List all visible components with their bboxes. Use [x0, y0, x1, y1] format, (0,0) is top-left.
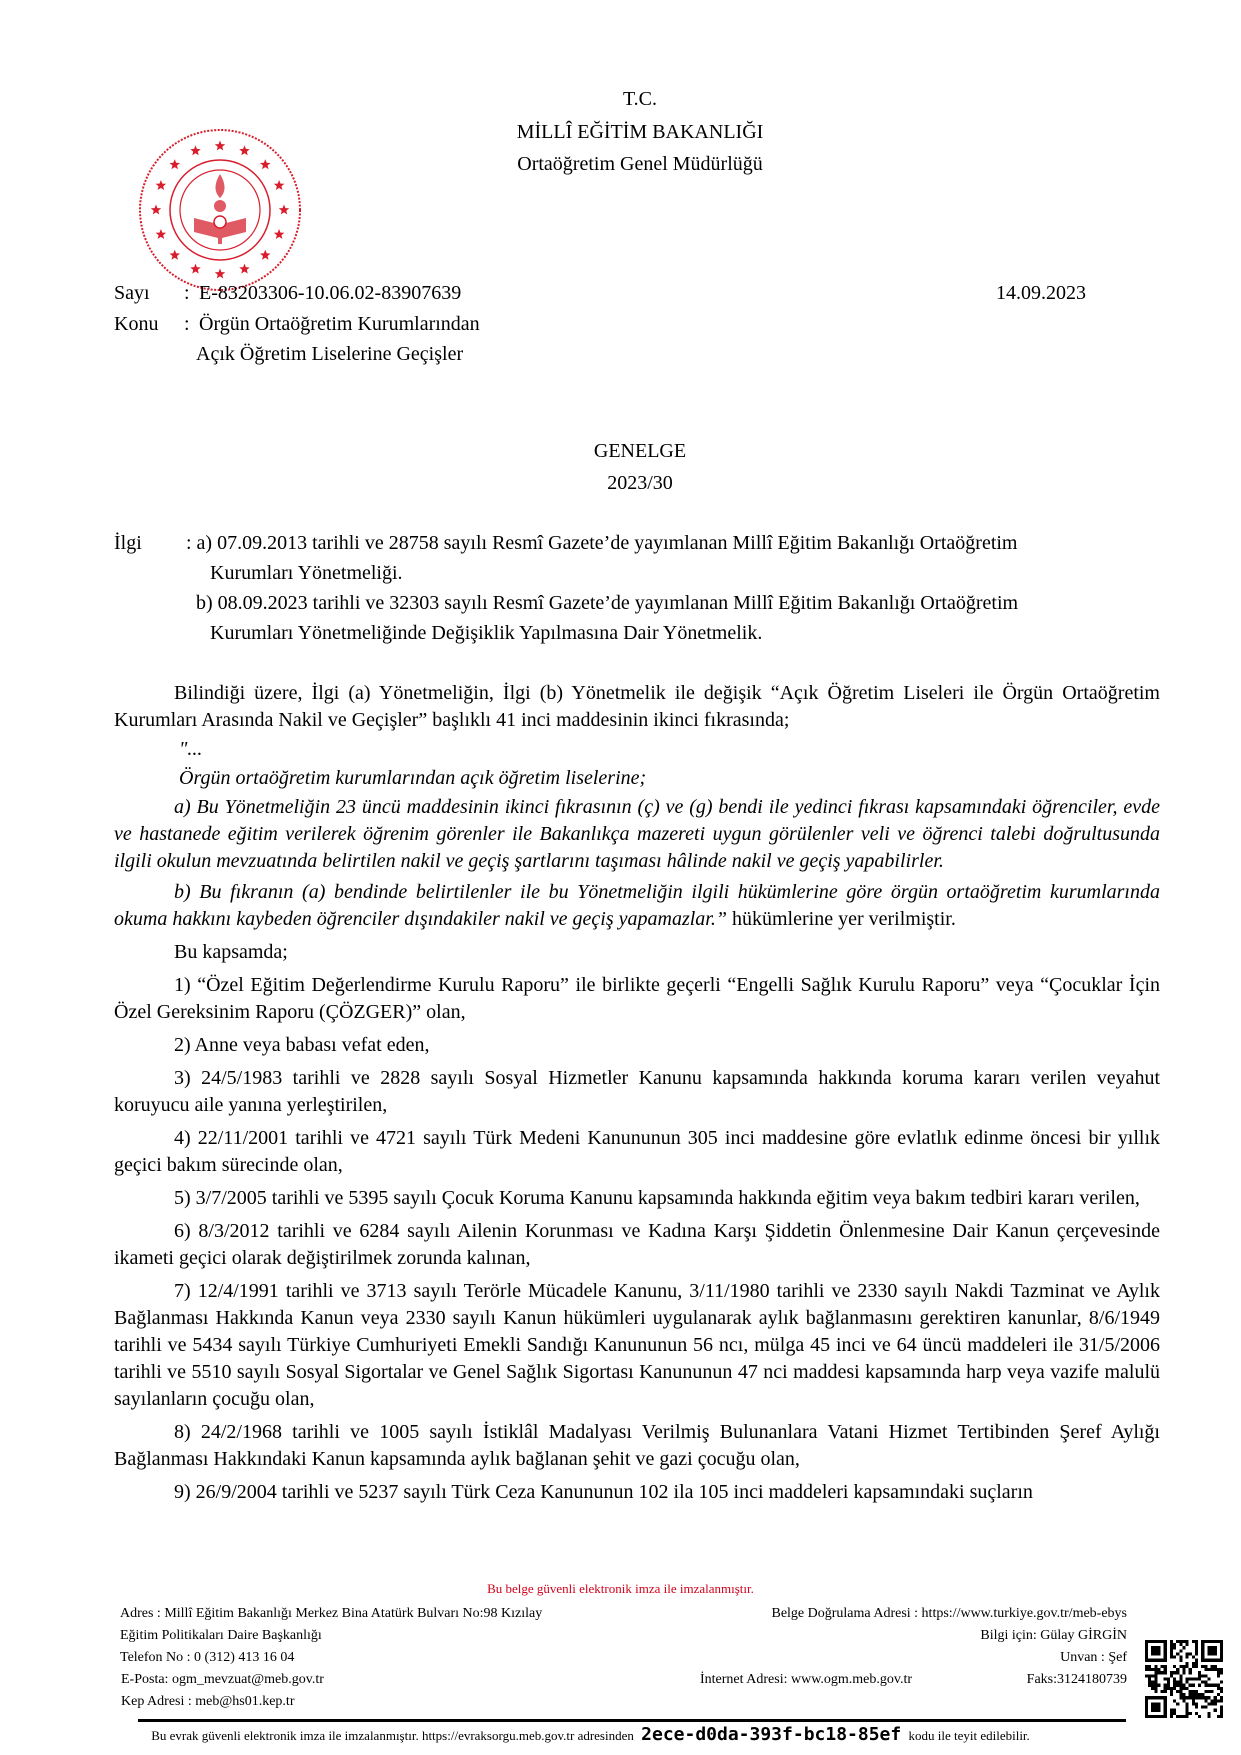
criteria-item: 1) “Özel Eğitim Değerlendirme Kurulu Rap…: [114, 972, 1160, 1026]
sayi-label: Sayı: [114, 282, 184, 305]
esign-notice: Bu belge güvenli elektronik imza ile imz…: [0, 1581, 1241, 1597]
konu-line2: Açık Öğretim Liselerine Geçişler: [196, 343, 463, 366]
verification-suffix: kodu ile teyit edilebilir.: [908, 1728, 1029, 1743]
quote-heading: Örgün ortaöğretim kurumlarından açık öğr…: [114, 765, 1160, 792]
ilgi-label: İlgi: [114, 528, 142, 558]
ilgi-section: İlgi : a) 07.09.2013 tarihli ve 28758 sa…: [114, 528, 1160, 648]
criteria-item: 3) 24/5/1983 tarihli ve 2828 sayılı Sosy…: [114, 1065, 1160, 1119]
footer-kep: Kep Adresi : meb@hs01.kep.tr: [121, 1694, 294, 1710]
header-tc: T.C.: [440, 88, 840, 111]
criteria-item: 7) 12/4/1991 tarihli ve 3713 sayılı Terö…: [114, 1278, 1160, 1413]
sayi-value: E-83203306-10.06.02-83907639: [199, 282, 461, 304]
qr-code-icon: [1145, 1640, 1223, 1718]
header-ministry: MİLLÎ EĞİTİM BAKANLIĞI: [440, 121, 840, 144]
footer-email: E-Posta: ogm_mevzuat@meb.gov.tr: [121, 1672, 324, 1688]
ilgi-a-line2: Kurumları Yönetmeliği.: [210, 558, 1186, 588]
quote-paragraph-a: a) Bu Yönetmeliğin 23 üncü maddesinin ik…: [114, 794, 1160, 875]
criteria-list: 1) “Özel Eğitim Değerlendirme Kurulu Rap…: [114, 972, 1160, 1506]
quote-open: "...: [114, 736, 1160, 763]
footer-department: Eğitim Politikaları Daire Başkanlığı: [120, 1628, 322, 1644]
footer-fax: Faks:3124180739: [900, 1672, 1127, 1688]
verification-code: 2ece-d0da-393f-bc18-85ef: [637, 1724, 905, 1745]
criteria-item: 9) 26/9/2004 tarihli ve 5237 sayılı Türk…: [114, 1479, 1160, 1506]
footer-verify-address: Belge Doğrulama Adresi : https://www.tur…: [700, 1606, 1127, 1622]
konu-row: Konu: Örgün Ortaöğretim Kurumlarından: [114, 313, 480, 336]
document-type: GENELGE: [440, 440, 840, 463]
footer-address: Adres : Millî Eğitim Bakanlığı Merkez Bi…: [120, 1606, 542, 1622]
criteria-item: 2) Anne veya babası vefat eden,: [114, 1032, 1160, 1059]
ilgi-a-line1: : a) 07.09.2013 tarihli ve 28758 sayılı …: [186, 528, 1162, 558]
meb-seal-icon: [136, 126, 304, 294]
criteria-item: 4) 22/11/2001 tarihli ve 4721 sayılı Tür…: [114, 1125, 1160, 1179]
quote-paragraph-b: b) Bu fıkranın (a) bendinde belirtilenle…: [114, 879, 1160, 933]
konu-line1: Örgün Ortaöğretim Kurumlarından: [199, 313, 480, 335]
criteria-item: 6) 8/3/2012 tarihli ve 6284 sayılı Ailen…: [114, 1218, 1160, 1272]
verification-line: Bu evrak güvenli elektronik imza ile imz…: [0, 1724, 1211, 1745]
criteria-item: 8) 24/2/1968 tarihli ve 1005 sayılı İsti…: [114, 1419, 1160, 1473]
ilgi-b-line1: b) 08.09.2023 tarihli ve 32303 sayılı Re…: [196, 588, 1172, 618]
document-number: 2023/30: [440, 472, 840, 495]
footer-divider: [138, 1719, 1126, 1722]
document-date: 14.09.2023: [960, 282, 1086, 305]
ilgi-b-line2: Kurumları Yönetmeliğinde Değişiklik Yapı…: [210, 618, 1186, 648]
quote-b-italic: b) Bu fıkranın (a) bendinde belirtilenle…: [114, 881, 1160, 930]
criteria-item: 5) 3/7/2005 tarihli ve 5395 sayılı Çocuk…: [114, 1185, 1160, 1212]
footer-info-contact: Bilgi için: Gülay GİRGİN: [700, 1628, 1127, 1644]
verification-prefix: Bu evrak güvenli elektronik imza ile imz…: [151, 1728, 634, 1743]
footer-title: Unvan : Şef: [700, 1650, 1127, 1666]
konu-label: Konu: [114, 313, 184, 336]
header-directorate: Ortaöğretim Genel Müdürlüğü: [440, 153, 840, 176]
intro-paragraph: Bilindiği üzere, İlgi (a) Yönetmeliğin, …: [114, 680, 1160, 734]
document-body: Bilindiği üzere, İlgi (a) Yönetmeliğin, …: [114, 680, 1160, 1506]
scope-line: Bu kapsamda;: [114, 939, 1160, 966]
footer-phone: Telefon No : 0 (312) 413 16 04: [120, 1650, 294, 1666]
sayi-row: Sayı: E-83203306-10.06.02-83907639: [114, 282, 461, 305]
footer-website: İnternet Adresi: www.ogm.meb.gov.tr: [700, 1672, 912, 1688]
quote-b-tail: hükümlerine yer verilmiştir.: [727, 908, 956, 930]
